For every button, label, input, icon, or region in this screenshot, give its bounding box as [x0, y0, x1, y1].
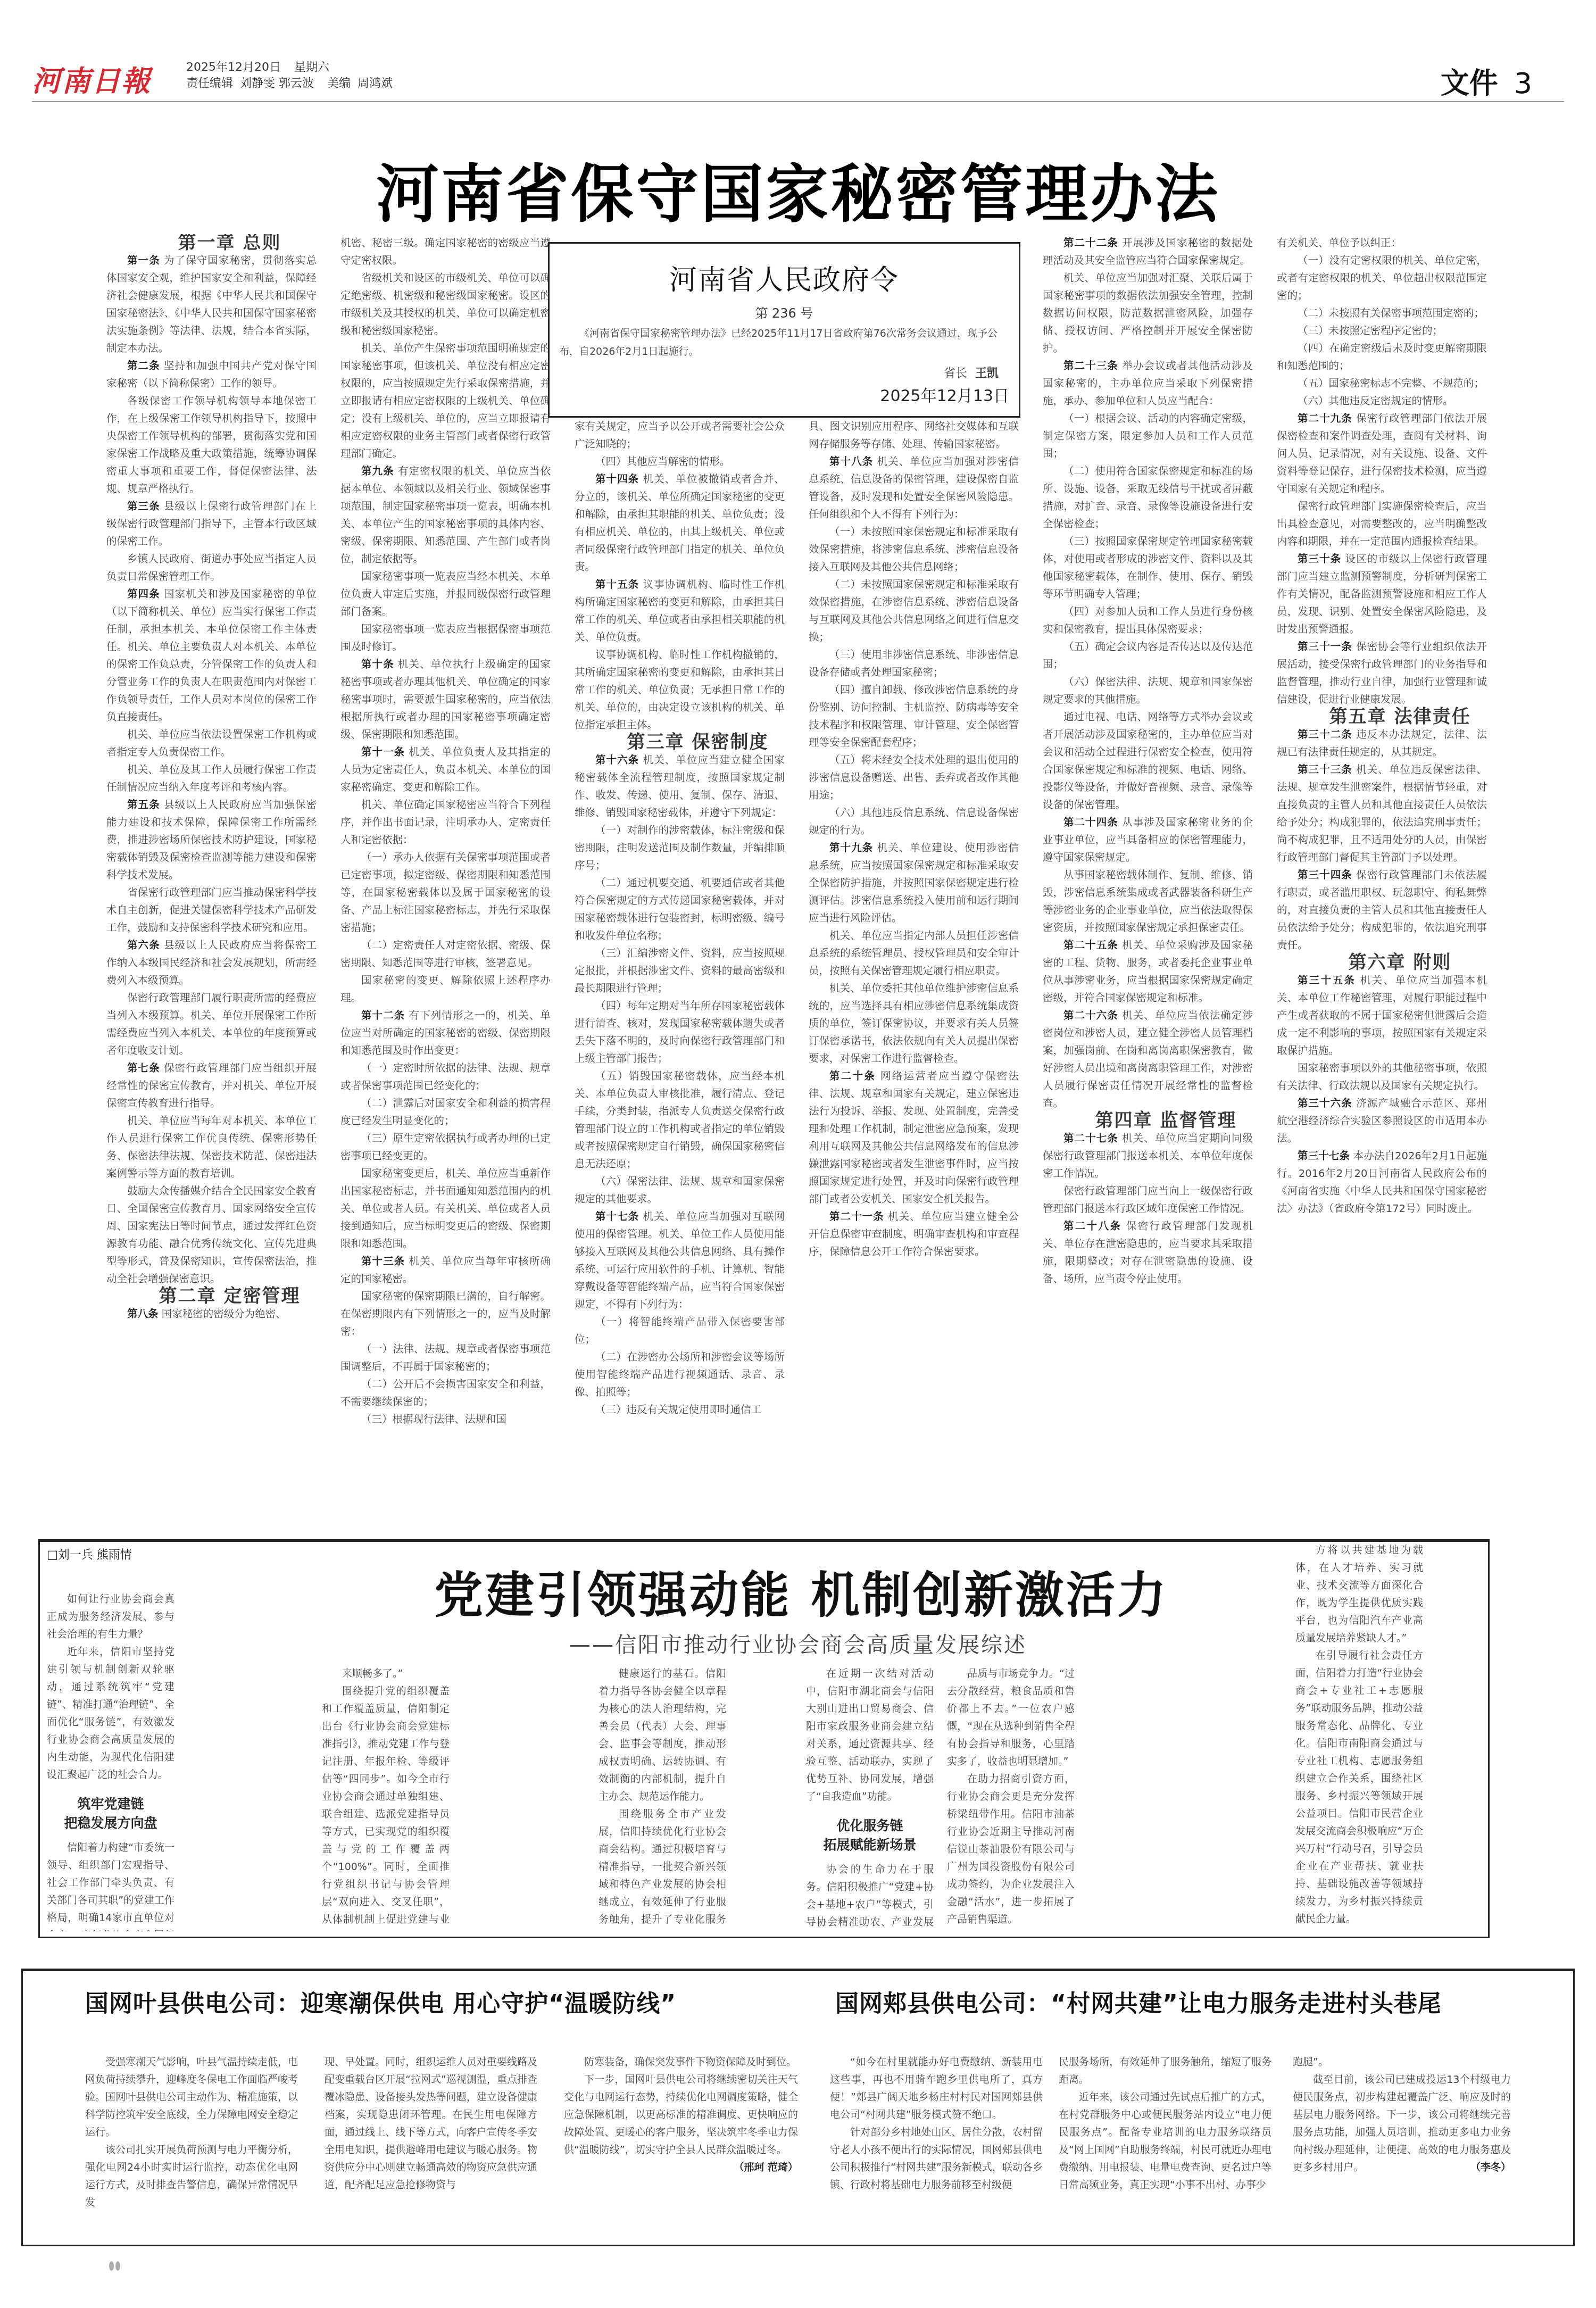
paragraph: 信阳着力构建“市委统一领导、组织部门宏观指导、社会工作部门牵头负责、有关部门各司…	[47, 1839, 174, 1931]
decree-signature: 省长 王凯	[559, 364, 1009, 380]
decree-number: 第 236 号	[559, 303, 1009, 321]
paragraph: 机关、单位应当加强对汇聚、关联后属于国家秘密事项的数据依法加强安全管理，控制数据…	[1043, 269, 1253, 357]
clause-label: 第十一条	[361, 746, 405, 758]
chapter-heading: 第三章 保密制度	[575, 734, 785, 751]
clause-label: 第二十九条	[1298, 412, 1352, 425]
chapter-heading: 第四章 监督管理	[1043, 1112, 1253, 1130]
paragraph: 国家秘密事项一览表应当根据保密事项范围及时修订。	[340, 620, 551, 655]
jiaxian-column: 民服务场所，有效延伸了服务触角，缩短了服务距离。近年来，该公司通过先试点后推广的…	[1059, 2054, 1271, 2194]
paragraph: （三）未按照定密程序定密的；	[1277, 322, 1487, 339]
paragraph: （一）根据会议、活动的内容确定密级，制定保密方案，限定参加人员和工作人员范围；	[1043, 410, 1253, 462]
article-clause: 第十二条 有下列情形之一的，机关、单位应当对所确定的国家秘密的密级、保密期限和知…	[340, 1007, 551, 1059]
section-tag: 文件3	[1441, 61, 1532, 102]
article-clause: 第二十六条 机关、单位应当依法确定涉密岗位和涉密人员，建立健全涉密人员管理档案，…	[1043, 1007, 1253, 1112]
clause-label: 第二十一条	[829, 1210, 884, 1223]
paragraph: 如何让行业协会商会真正成为服务经济发展、参与社会治理的有生力量？	[47, 1591, 174, 1643]
decree-box: 河南省人民政府令 第 236 号 《河南省保守国家秘密管理办法》已经2025年1…	[548, 242, 1020, 418]
article-jiaxian-headline: 国网郏县供电公司：“村网共建”让电力服务走进村头巷尾	[835, 1985, 1442, 2019]
article-clause: 第三十四条 保密行政管理部门未依法履行职责，或者滥用职权、玩忽职守、徇私舞弊的，…	[1277, 866, 1487, 954]
law-text: 第一章 总则第一条 为了保守国家秘密，贯彻落实总体国家安全观，维护国家安全和利益…	[106, 234, 1490, 1527]
paragraph: 方将以共建基地为载体，在人才培养、实习就业、技术交流等方面深化合作，既为学生提供…	[1295, 1542, 1423, 1647]
paragraph: （三）违反有关规定使用即时通信工	[575, 1401, 785, 1418]
paragraph: 保密行政管理部门应当向上一级保密行政管理部门报送本行政区域年度保密工作情况。	[1043, 1182, 1253, 1217]
clause-label: 第二十六条	[1063, 1009, 1118, 1022]
paragraph: 各级保密工作领导机构领导本地保密工作，在上级保密工作领导机构指导下，按照中央保密…	[106, 392, 317, 497]
article-clause: 第二十七条 机关、单位应当定期向同级保密行政管理部门报送本机关、本单位年度保密工…	[1043, 1130, 1253, 1182]
law-column: 第二十二条 开展涉及国家秘密的数据处理活动及其安全监管应当符合国家保密规定。机关…	[1043, 234, 1253, 1527]
jiaxian-column: 跑腿”。截至目前，该公司已建成投运13个村级电力便民服务点，初步构建起覆盖广泛、…	[1293, 2054, 1511, 2177]
section-name: 文件	[1441, 66, 1498, 100]
paragraph: 机关、单位及其工作人员履行保密工作责任制情况应当纳入年度考评和考核内容。	[106, 761, 317, 796]
article-clause: 第四条 国家机关和涉及国家秘密的单位（以下简称机关、单位）应当实行保密工作责任制…	[106, 585, 317, 726]
clause-label: 第二十二条	[1063, 237, 1118, 249]
paragraph: 机关、单位产生保密事项范围明确规定的国家秘密事项，但该机关、单位没有相应定密权限…	[340, 339, 551, 462]
law-column: 家有关规定，应当予以公开或者需要社会公众广泛知晓的；（四）其他应当解密的情形。第…	[575, 418, 785, 1527]
article-clause: 第三十一条 保密协会等行业组织依法开展活动，接受保密行政管理部门的业务指导和监督…	[1277, 638, 1487, 708]
paragraph: 议事协调机构、临时性工作机构撤销的，其所确定国家秘密的变更和解除，由承担其日常工…	[575, 646, 785, 734]
chapter-heading: 第一章 总则	[106, 234, 317, 252]
paragraph: （一）没有定密权限的机关、单位定密，或者有定密权限的机关、单位超出权限范围定密的…	[1277, 252, 1487, 304]
clause-label: 第二十七条	[1063, 1132, 1118, 1144]
paragraph: （二）使用符合国家保密规定和标准的场所、设施、设备，采取无线信号干扰或者屏蔽措施…	[1043, 462, 1253, 533]
clause-label: 第三十七条	[1298, 1150, 1350, 1162]
paragraph: （三）汇编涉密文件、资料，应当按照规定报批，并根据涉密文件、资料的最高密级和最长…	[575, 944, 785, 997]
chapter-heading: 第二章 定密管理	[106, 1288, 317, 1305]
paragraph: 近年来，该公司通过先试点后推广的方式，在村党群服务中心或便民服务站内设立“电力便…	[1059, 2089, 1271, 2194]
paragraph: 党建引领风帆劲，机制创新活力涌。通过一系列扎实举措，信阳党建与行业协会商会工作深…	[1295, 1928, 1423, 1930]
clause-text: 机关、单位违反保密法律、法规、规章发生泄密案件，根据情节轻重，对直接负责的主管人…	[1277, 763, 1487, 864]
paragraph: （六）保密法律、法规、规章和国家保密规定的其他要求。	[575, 1173, 785, 1208]
article-clause: 第二十五条 机关、单位采购涉及国家秘密的工程、货物、服务，或者委托企业事业单位从…	[1043, 936, 1253, 1007]
clause-label: 第二十四条	[1063, 816, 1118, 828]
article-column: 在近期一次结对活动中，信阳市湖北商会与信阳大别山进出口贸易商会、信阳市家政服务业…	[806, 1665, 934, 1931]
clause-text: 县级以上人民政府应当加强保密能力建设和技术保障，保障保密工作所需经费，推进涉密场…	[106, 799, 317, 881]
article-clause: 第十六条 机关、单位应当建立健全国家秘密载体全流程管理制度，按照国家规定制作、收…	[575, 751, 785, 821]
paragraph: 民服务场所，有效延伸了服务触角，缩短了服务距离。	[1059, 2054, 1271, 2089]
issue-meta: 2025年12月20日 星期六 责任编辑 刘静雯 郭云波 美编 周鸿斌	[186, 60, 402, 92]
paragraph: 国家秘密事项以外的其他秘密事项，依照有关法律、行政法规以及国家有关规定执行。	[1277, 1059, 1487, 1094]
paragraph: 围绕服务全市产业发展，信阳持续优化行业协会商会结构。通过积极培育与精准指导，一批…	[598, 1806, 726, 1931]
signer-name: 王凯	[975, 367, 999, 380]
article-clause: 第十一条 机关、单位负责人及其指定的人员为定密责任人，负责本机关、本单位的国家秘…	[340, 743, 551, 796]
paragraph: 在助力招商引资方面，行业协会商会更是充分发挥桥梁纽带作用。信阳市油茶行业协会近期…	[947, 1771, 1075, 1929]
paragraph: 近年来，信阳市坚持党建引领与机制创新双轮驱动，通过系统筑牢“党建链”、精准打通“…	[47, 1643, 174, 1784]
clause-label: 第十八条	[829, 455, 873, 468]
paragraph: （三）根据现行法律、法规和国	[340, 1410, 551, 1428]
paragraph: （二）泄露后对国家安全和利益的损害程度已经发生明显变化的；	[340, 1094, 551, 1130]
paragraph: （二）未按照国家保密规定和标准采取有效保密措施，在涉密信息系统、涉密信息设备与互…	[809, 576, 1019, 646]
paragraph: 下一步，国网叶县供电公司将继续密切关注天气变化与电网运行态势，持续优化电网调度策…	[564, 2071, 798, 2159]
clause-text: 国家机关和涉及国家秘密的单位（以下简称机关、单位）应当实行保密工作责任制，承担本…	[106, 588, 317, 723]
article-yexian-headline: 国网叶县供电公司：迎寒潮保供电 用心守护“温暖防线”	[85, 1985, 676, 2019]
paragraph: （四）其他应当解密的情形。	[575, 453, 785, 470]
masthead: 河南日報 2025年12月20日 星期六 责任编辑 刘静雯 郭云波 美编 周鸿斌…	[32, 59, 1575, 96]
paragraph: 跑腿”。	[1293, 2054, 1511, 2071]
article-clause: 第三十七条 本办法自2026年2月1日起施行。2016年2月20日河南省人民政府…	[1277, 1147, 1487, 1217]
byline: □刘一兵 熊雨情	[47, 1546, 132, 1562]
paragraph: 国家秘密的变更、解除依照上述程序办理。	[340, 972, 551, 1007]
paragraph: 具、图文识别应用程序、网络社交媒体和互联网存储服务等存储、处理、传输国家秘密。	[809, 418, 1019, 453]
paragraph: （一）对制作的涉密载体，标注密级和保密期限，注明发送范围及制作数量，并编排顺序号…	[575, 821, 785, 874]
article-clause: 第二十九条 保密行政管理部门依法开展保密检查和案件调查处理，查阅有关材料、询问人…	[1277, 410, 1487, 497]
clause-label: 第三条	[127, 500, 160, 512]
paragraph: 针对部分乡村地处山区、居住分散，农村留守老人小孩不便出行的实际情况，国网郏县供电…	[830, 2124, 1043, 2194]
clause-label: 第十二条	[361, 1009, 405, 1022]
chapter-heading: 第六章 附则	[1277, 954, 1487, 972]
paragraph: （二）未按照有关保密事项范围定密的；	[1277, 304, 1487, 322]
paragraph: （三）使用非涉密信息系统、非涉密信息设备存储或者处理国家秘密；	[809, 646, 1019, 681]
clause-label: 第十条	[361, 658, 394, 670]
paragraph: 防寒装备，确保突发事件下物资保障及时到位。	[564, 2054, 798, 2071]
clause-label: 第七条	[127, 1062, 160, 1074]
signer-title: 省长	[944, 367, 967, 380]
clause-text: 保密行政管理部门依法开展保密检查和案件调查处理，查阅有关材料、询问人员、记录情况…	[1277, 412, 1487, 495]
article-clause: 第二条 坚持和加强中国共产党对保守国家秘密（以下简称保密）工作的领导。	[106, 357, 317, 392]
paragraph: 保密行政管理部门实施保密检查后，应当出具检查意见，对需要整改的，应当明确整改内容…	[1277, 497, 1487, 550]
paragraph: 省级机关和设区的市级机关、单位可以确定绝密级、机密级和秘密级国家秘密。设区的市级…	[340, 269, 551, 339]
clause-text: 国家秘密的密级分为绝密、	[159, 1308, 286, 1320]
clause-label: 第二条	[127, 360, 160, 372]
decree-date: 2025年12月13日	[559, 383, 1009, 406]
clause-label: 第十九条	[829, 842, 873, 854]
issue-weekday: 星期六	[294, 61, 329, 74]
clause-text: 机关、单位执行上级确定的国家秘密事项或者办理其他机关、单位确定的国家秘密事项时，…	[340, 658, 551, 741]
paragraph: （三）按照国家保密规定管理国家秘密载体，对使用或者形成的涉密文件、资料以及其他国…	[1043, 533, 1253, 603]
paragraph: 来顺畅多了。”	[322, 1665, 450, 1683]
editors-label: 责任编辑	[186, 77, 233, 90]
clause-label: 第二十五条	[1063, 939, 1118, 951]
clause-label: 第九条	[361, 465, 394, 477]
clause-label: 第三十一条	[1298, 641, 1352, 653]
clause-label: 第二十八条	[1063, 1220, 1121, 1232]
article-clause: 第二十条 网络运营者应当遵守保密法律、法规、规章和国家有关规定，建立保密违法行为…	[809, 1067, 1019, 1208]
article-clause: 第八条 国家秘密的密级分为绝密、	[106, 1305, 317, 1323]
article-clause: 第三条 县级以上保密行政管理部门在上级保密行政管理部门指导下，主管本行政区域的保…	[106, 497, 317, 550]
paragraph: （六）其他违反定密规定的情形。	[1277, 392, 1487, 410]
paragraph: （一）定密时所依据的法律、法规、规章或者保密事项范围已经变化的；	[340, 1059, 551, 1094]
paragraph: （一）法律、法规、规章或者保密事项范围调整后，不再属于国家秘密的；	[340, 1340, 551, 1375]
article-clause: 第五条 县级以上人民政府应当加强保密能力建设和技术保障，保障保密工作所需经费，推…	[106, 796, 317, 884]
clause-label: 第八条	[127, 1308, 159, 1320]
clause-label: 第十七条	[595, 1210, 639, 1223]
paragraph: 机关、单位应当指定内部人员担任涉密信息系统的系统管理员、授权管理员和安全审计员，…	[809, 927, 1019, 979]
designer-label: 美编	[327, 77, 351, 90]
paragraph: （二）通过机要交通、机要通信或者其他符合保密规定的方式传递国家秘密载体，并对国家…	[575, 874, 785, 944]
paragraph: （六）保密法律、法规、规章和国家保密规定要求的其他措施。	[1043, 673, 1253, 708]
paragraph: 机关、单位应当依法设置保密工作机构或者指定专人负责保密工作。	[106, 726, 317, 761]
paragraph: 国家秘密变更后，机关、单位应当重新作出国家秘密标志，并书面通知知悉范围内的机关、…	[340, 1165, 551, 1252]
paragraph: 乡镇人民政府、街道办事处应当指定人员负责日常保密管理工作。	[106, 550, 317, 585]
decree-title: 河南省人民政府令	[559, 258, 1009, 297]
paragraph: 该公司扎实开展负荷预测与电力平衡分析，强化电网24小时实时运行监控，动态优化电网…	[85, 2141, 298, 2212]
article-column: 品质与市场竞争力。“过去分散经营，粮食品质和售价都上不去。”一位农户感慨，“现在…	[947, 1665, 1075, 1931]
clause-label: 第三十三条	[1298, 763, 1352, 776]
paragraph: 机关、单位委托其他单位维护涉密信息系统的，应当选择具有相应涉密信息系统集成资质的…	[809, 979, 1019, 1067]
paragraph: （五）将未经安全技术处理的退出使用的涉密信息设备赠送、出售、丢弃或者改作其他用途…	[809, 751, 1019, 804]
clause-text: 机关、单位建设、使用涉密信息系统，应当按照国家保密规定和标准采取安全保密防护措施…	[809, 842, 1019, 924]
chapter-heading: 第五章 法律责任	[1277, 708, 1487, 726]
clause-text: 机关、单位应当依法确定涉密岗位和涉密人员，建立健全涉密人员管理档案，加强岗前、在…	[1043, 1009, 1253, 1109]
clause-label: 第六条	[127, 939, 160, 951]
masthead-rule	[32, 101, 1564, 102]
paragraph: （四）在确定密级后未及时变更解密期限和知悉范围的；	[1277, 339, 1487, 375]
paragraph: （三）原生定密依据执行或者办理的已定密事项已经变更的。	[340, 1130, 551, 1165]
clause-text: 网络运营者应当遵守保密法律、法规、规章和国家有关规定，建立保密违法行为投诉、举报…	[809, 1070, 1019, 1205]
article-clause: 第七条 保密行政管理部门应当组织开展经常性的保密宣传教育，并对机关、单位开展保密…	[106, 1059, 317, 1112]
clause-text: 设区的市级以上保密行政管理部门应当建立监测预警制度，分析研判保密工作有关情况，配…	[1277, 553, 1487, 635]
paragraph: （一）承办人依据有关保密事项范围或者已定密事项，拟定密级、保密期限和知悉范围等，…	[340, 849, 551, 936]
clause-label: 第十五条	[595, 578, 639, 591]
paragraph: 截至目前，该公司已建成投运13个村级电力便民服务点，初步构建起覆盖广泛、响应及时…	[1293, 2071, 1511, 2177]
article-clause: 第二十二条 开展涉及国家秘密的数据处理活动及其安全监管应当符合国家保密规定。	[1043, 234, 1253, 269]
article-column: 方将以共建基地为载体，在人才培养、实习就业、技术交流等方面深化合作，既为学生提供…	[1295, 1542, 1423, 1930]
clause-label: 第十四条	[595, 473, 639, 485]
law-column: 有关机关、单位予以纠正：（一）没有定密权限的机关、单位定密，或者有定密权限的机关…	[1277, 234, 1487, 1527]
clause-label: 第一条	[127, 254, 160, 267]
paragraph: （四）对参加人员和工作人员进行身份核实和保密教育，提出具体保密要求；	[1043, 603, 1253, 638]
article-column: 来顺畅多了。”围绕提升党的组织覆盖和工作覆盖质量，信阳制定出台《行业协会商会党建…	[322, 1665, 450, 1931]
article-clause: 第二十一条 机关、单位应当建立健全公开信息保密审查制度，明确审查机构和审查程序，…	[809, 1208, 1019, 1260]
paragraph: 从事国家秘密载体制作、复制、维修、销毁，涉密信息系统集成或者武器装备科研生产等涉…	[1043, 866, 1253, 936]
article-clause: 第三十六条 济源产城融合示范区、郑州航空港经济综合实验区参照设区的市适用本办法。	[1277, 1094, 1487, 1147]
paragraph: （五）确定会议内容是否传达以及传达范围；	[1043, 638, 1253, 673]
clause-label: 第三十条	[1298, 553, 1341, 565]
designer: 周鸿斌	[358, 77, 393, 90]
clause-label: 第十六条	[595, 754, 639, 766]
yexian-column: 防寒装备，确保突发事件下物资保障及时到位。下一步，国网叶县供电公司将继续密切关注…	[564, 2054, 798, 2177]
clause-label: 第四条	[127, 588, 160, 600]
clause-label: 第三十六条	[1298, 1097, 1352, 1109]
article-clause: 第三十二条 违反本办法规定，法律、法规已有法律责任规定的，从其规定。	[1277, 726, 1487, 761]
paragraph: （五）国家秘密标志不完整、不规范的；	[1277, 375, 1487, 392]
paragraph: （二）公开后不会损害国家安全和利益，不需要继续保密的；	[340, 1375, 551, 1410]
clause-label: 第二十三条	[1063, 360, 1118, 372]
article-clause: 第三十三条 机关、单位违反保密法律、法规、规章发生泄密案件，根据情节轻重，对直接…	[1277, 761, 1487, 866]
article-clause: 第十八条 机关、单位应当加强对涉密信息系统、信息设备的保密管理，建设保密自监管设…	[809, 453, 1019, 523]
paragraph: （四）每年定期对当年所存国家秘密载体进行清查、核对，发现国家秘密载体遗失或者丢失…	[575, 997, 785, 1067]
article-clause: 第六条 县级以上人民政府应当将保密工作纳入本级国民经济和社会发展规划，所需经费列…	[106, 936, 317, 989]
clause-label: 第三十四条	[1298, 869, 1352, 881]
yexian-column: 现、早处置。同时，组织运维人员对重要线路及配变重载台区开展“拉网式”巡视测温，重…	[325, 2054, 537, 2194]
paragraph: 品质与市场竞争力。“过去分散经营，粮食品质和售价都上不去。”一位农户感慨，“现在…	[947, 1665, 1075, 1771]
clause-label: 第十三条	[361, 1255, 405, 1267]
yexian-column: 受强寒潮天气影响，叶县气温持续走低，电网负荷持续攀升，迎峰度冬保电工作面临严峻考…	[85, 2054, 298, 2212]
paragraph: 健康运行的基石。信阳着力指导各协会健全以章程为核心的法人治理结构，完善会员（代表…	[598, 1665, 726, 1806]
article-column: 健康运行的基石。信阳着力指导各协会健全以章程为核心的法人治理结构，完善会员（代表…	[598, 1665, 726, 1931]
clause-text: 机关、单位被撤销或者合并、分立的，该机关、单位所确定国家秘密的变更和解除，由承担…	[575, 473, 785, 573]
clause-label: 第三十五条	[1298, 974, 1356, 986]
paragraph: 机关、单位应当每年对本机关、本单位工作人员进行保密工作优良传统、保密形势任务、保…	[106, 1112, 317, 1182]
article-clause: 第二十三条 举办会议或者其他活动涉及国家秘密的，主办单位应当采取下列保密措施，承…	[1043, 357, 1253, 410]
law-column: 具、图文识别应用程序、网络社交媒体和互联网存储服务等存储、处理、传输国家秘密。第…	[809, 418, 1019, 1527]
paragraph: 机密、秘密三级。确定国家秘密的密级应当遵守定密权限。	[340, 234, 551, 269]
article-clause: 第一条 为了保守国家秘密，贯彻落实总体国家安全观，维护国家安全和利益，保障经济社…	[106, 252, 317, 357]
paragraph: 产教融合也在党建引领下结出硕果。信阳市汽车经销商商会与信阳职业技术学院签约共建校…	[947, 1929, 1075, 1931]
paragraph: 鼓励大众传播媒介结合全民国家安全教育日、全国保密宣传教育月、国家网络安全宣传周、…	[106, 1182, 317, 1288]
paragraph: 有关机关、单位予以纠正：	[1277, 234, 1487, 252]
article-clause: 第十条 机关、单位执行上级确定的国家秘密事项或者办理其他机关、单位确定的国家秘密…	[340, 655, 551, 743]
article-column: 如何让行业协会商会真正成为服务经济发展、参与社会治理的有生力量？近年来，信阳市坚…	[47, 1591, 174, 1931]
section-subheading: 优化服务链 拓展赋能新场景	[806, 1816, 934, 1855]
clause-text: 机关、单位应当加强本机关、本单位工作秘密管理，对履行职能过程中产生或者获取的不属…	[1277, 974, 1487, 1057]
article-clause: 第十七条 机关、单位应当加强对互联网使用的保密管理。机关、单位工作人员使用能够接…	[575, 1208, 785, 1313]
paragraph: （五）销毁国家秘密载体，应当经本机关、本单位负责人审核批准，履行清点、登记手续，…	[575, 1067, 785, 1173]
paragraph: 在近期一次结对活动中，信阳市湖北商会与信阳大别山进出口贸易商会、信阳市家政服务业…	[806, 1665, 934, 1806]
clause-text: 有定密权限的机关、单位应当依据本单位、本领域以及相关行业、领域保密事项范围，制定…	[340, 465, 551, 565]
clause-text: 为了保守国家秘密，贯彻落实总体国家安全观，维护国家安全和利益，保障经济社会健康发…	[106, 254, 317, 354]
paragraph: （一）未按照国家保密规定和标准采取有效保密措施，将涉密信息系统、涉密信息设备接入…	[809, 523, 1019, 576]
paragraph: 省保密行政管理部门应当推动保密科学技术自主创新，促进关键保密科学技术产品研发工作…	[106, 884, 317, 936]
law-column: 第一章 总则第一条 为了保守国家秘密，贯彻落实总体国家安全观，维护国家安全和利益…	[106, 234, 317, 1527]
paragraph: 保密行政管理部门履行职责所需的经费应当列入本级预算。机关、单位开展保密工作所需经…	[106, 989, 317, 1059]
paragraph: 在引导履行社会责任方面，信阳着力打造“行业协会商会+专业社工+志愿服务”联动服务…	[1295, 1647, 1423, 1928]
paragraph: （二）定密责任人对定密依据、密级、保密期限、知悉范围等进行审核，签署意见。	[340, 936, 551, 972]
author-credit: （李冬）	[1450, 2159, 1511, 2177]
paragraph: 国家秘密事项一览表应当经本机关、本单位负责人审定后实施，并报同级保密行政管理部门…	[340, 568, 551, 620]
clause-label: 第二十条	[829, 1070, 876, 1082]
decree-body: 《河南省保守国家秘密管理办法》已经2025年11月17日省政府第76次常务会议通…	[559, 325, 1009, 361]
article-clause: 第二十四条 从事涉及国家秘密业务的企业事业单位，应当具备相应的保密管理能力，遵守…	[1043, 813, 1253, 866]
article-clause: 第十四条 机关、单位被撤销或者合并、分立的，该机关、单位所确定国家秘密的变更和解…	[575, 470, 785, 576]
paragraph: 受强寒潮天气影响，叶县气温持续走低，电网负荷持续攀升，迎峰度冬保电工作面临严峻考…	[85, 2054, 298, 2141]
article-clause: 第三十条 设区的市级以上保密行政管理部门应当建立监测预警制度，分析研判保密工作有…	[1277, 550, 1487, 638]
paragraph: 围绕提升党的组织覆盖和工作覆盖质量，信阳制定出台《行业协会商会党建标准指引》，推…	[322, 1683, 450, 1931]
page-marker-dots	[109, 2261, 122, 2273]
article-subheadline: ——信阳市推动行业协会商会高质量发展综述	[399, 1628, 1197, 1658]
paragraph: “如今在村里就能办好电费缴纳、新装用电这些事，再也不用骑车跑乡里供电所了，真方便…	[830, 2054, 1043, 2124]
article-clause: 第三十五条 机关、单位应当加强本机关、本单位工作秘密管理，对履行职能过程中产生或…	[1277, 972, 1487, 1059]
clause-text: 保密行政管理部门未依法履行职责，或者滥用职权、玩忽职守、徇私舞弊的，对直接负责的…	[1277, 869, 1487, 951]
paragraph: 机关、单位确定国家秘密应当符合下列程序，并作出书面记录，注明承办人、定密责任人和…	[340, 796, 551, 849]
article-clause: 第十五条 议事协调机构、临时性工作机构所确定国家秘密的变更和解除，由承担其日常工…	[575, 576, 785, 646]
law-column: 机密、秘密三级。确定国家秘密的密级应当遵守定密权限。省级机关和设区的市级机关、单…	[340, 234, 551, 1527]
paragraph: 家有关规定，应当予以公开或者需要社会公众广泛知晓的；	[575, 418, 785, 453]
jiaxian-column: “如今在村里就能办好电费缴纳、新装用电这些事，再也不用骑车跑乡里供电所了，真方便…	[830, 2054, 1043, 2194]
paragraph: （一）将智能终端产品带入保密要害部位；	[575, 1313, 785, 1348]
paragraph: 现、早处置。同时，组织运维人员对重要线路及配变重载台区开展“拉网式”巡视测温，重…	[325, 2054, 537, 2194]
newspaper-logo: 河南日報	[32, 59, 151, 99]
section-subheading: 筑牢党建链 把稳发展方向盘	[47, 1795, 174, 1833]
article-clause: 第九条 有定密权限的机关、单位应当依据本单位、本领域以及相关行业、领域保密事项范…	[340, 462, 551, 568]
page-number: 3	[1514, 67, 1532, 100]
clause-label: 第三十二条	[1298, 728, 1352, 741]
paragraph: （四）擅自卸载、修改涉密信息系统的身份鉴别、访问控制、主机监控、防病毒等安全技术…	[809, 681, 1019, 751]
article-clause: 第二十八条 保密行政管理部门发现机关、单位存在泄密隐患的，应当要求其采取措施，限…	[1043, 1217, 1253, 1288]
paragraph: （六）其他违反信息系统、信息设备保密规定的行为。	[809, 804, 1019, 839]
editors: 刘静雯 郭云波	[240, 77, 314, 90]
article-headline: 党建引领强动能 机制创新激活力	[402, 1556, 1200, 1626]
issue-date: 2025年12月20日	[186, 61, 281, 74]
paragraph: （二）在涉密办公场所和涉密会议等场所使用智能终端产品进行视频通话、录音、录像、拍…	[575, 1348, 785, 1401]
paragraph: 协会的生命力在于服务。信阳积极推广“党建+协会+基地+农户”等模式，引导协会精准…	[806, 1861, 934, 1931]
clause-label: 第五条	[127, 799, 160, 811]
article-clause: 第十三条 机关、单位应当每年审核所确定的国家秘密。	[340, 1252, 551, 1288]
author-credit: （邢珂 范琦）	[713, 2159, 798, 2177]
paragraph: 国家秘密的保密期限已满的，自行解密。在保密期限内有下列情形之一的，应当及时解密：	[340, 1288, 551, 1340]
article-clause: 第十九条 机关、单位建设、使用涉密信息系统，应当按照国家保密规定和标准采取安全保…	[809, 839, 1019, 927]
paragraph: 通过电视、电话、网络等方式举办会议或者开展活动涉及国家秘密的，主办单位应当对会议…	[1043, 708, 1253, 813]
clause-text: 机关、单位应当加强对互联网使用的保密管理。机关、单位工作人员使用能够接入互联网及…	[575, 1210, 785, 1310]
main-title: 河南省保守国家秘密管理办法	[0, 144, 1596, 234]
